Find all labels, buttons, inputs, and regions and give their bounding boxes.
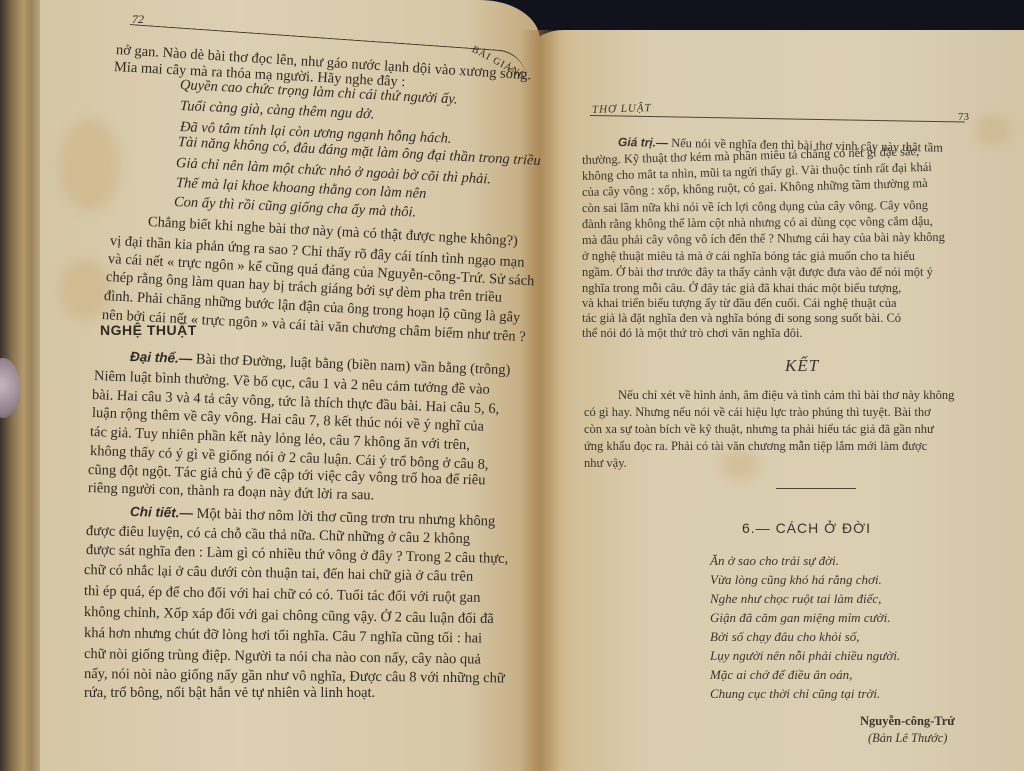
poem-line: Chung cục thời chỉ cũng tại trời.	[710, 686, 880, 702]
page-number: 73	[958, 111, 969, 123]
text-line: như vậy.	[584, 455, 627, 471]
poem-line: Ăn ở sao cho trải sự đời.	[710, 553, 839, 569]
author-name: Nguyễn-công-Trứ	[860, 714, 955, 729]
text-line: và khai triển biểu tượng ấy từ đầu đến c…	[582, 295, 897, 311]
text-line: tác giả là đặt nghĩa đen và nghĩa bóng đ…	[582, 310, 901, 326]
text-line: mà đâu phải cây vông vô ích đến thế ? Nh…	[582, 229, 945, 248]
poem-line: Giận đã căm gan miệng mỉm cười.	[710, 610, 890, 626]
section-heading: NGHỆ THUẬT	[100, 321, 197, 339]
text-line: có gì hay. Nhưng nếu nói về cái hiệu lực…	[584, 404, 931, 420]
text-line: ngầm. Ở bài thơ trước đây ta thấy cảnh v…	[582, 264, 933, 280]
header-rule	[590, 115, 965, 123]
text-line: thể nói đó là một thứ trò chơi văn nghĩa…	[582, 325, 803, 341]
text-line: rứa, trổ bông, nổi bật hẳn vẻ tự nhiên v…	[84, 684, 375, 702]
poem-line: Lụy người nên nỗi phải chiều người.	[710, 648, 900, 664]
text-line: Nếu chỉ xét về hình ảnh, âm điệu và tình…	[618, 387, 954, 403]
source-citation: (Bản Lê Thước)	[868, 731, 947, 746]
text-line: khá hơn nhưng chút đỡ lòng hơi tối nghĩa…	[84, 624, 482, 648]
text-line: ứng khẩu đọc ra. Phải có tài văn chương …	[584, 438, 927, 454]
poem-line: Vừa lòng cũng khó há rằng chơi.	[710, 572, 882, 588]
text-line: nghĩa trong mỗi câu. Ở đây tác giả đã kh…	[582, 280, 901, 296]
section-heading-ket: KẾT	[785, 356, 819, 376]
paragraph-lead: Đại thể.—	[130, 349, 193, 366]
right-page-content: THƠ LUẬT 73 Giá trị.— Nếu nói về nghĩa đ…	[590, 0, 1010, 771]
paragraph-lead: Giá trị.—	[618, 135, 668, 150]
text-line: còn xa sự toàn bích về kỹ thuật, nhưng t…	[584, 421, 934, 437]
running-head: THƠ LUẬT	[592, 102, 652, 116]
section-title: 6.— CÁCH Ở ĐỜI	[742, 520, 871, 536]
section-divider	[776, 488, 856, 489]
left-page-content: 72 BÀI GIẢNG nở gan. Nào dè bài thơ đọc …	[100, 0, 540, 771]
poem-line: Bởi số chạy đâu cho khỏi số,	[710, 629, 860, 645]
poem-line: Nghe như chọc ruột tai làm điếc,	[710, 591, 881, 607]
text-line: ở nghệ thuật miêu tả mà ở cái nghĩa bóng…	[582, 248, 915, 264]
paragraph-lead: Chi tiết.—	[130, 504, 193, 521]
poem-line: Mặc ai chớ để điều ân oán,	[710, 667, 852, 683]
